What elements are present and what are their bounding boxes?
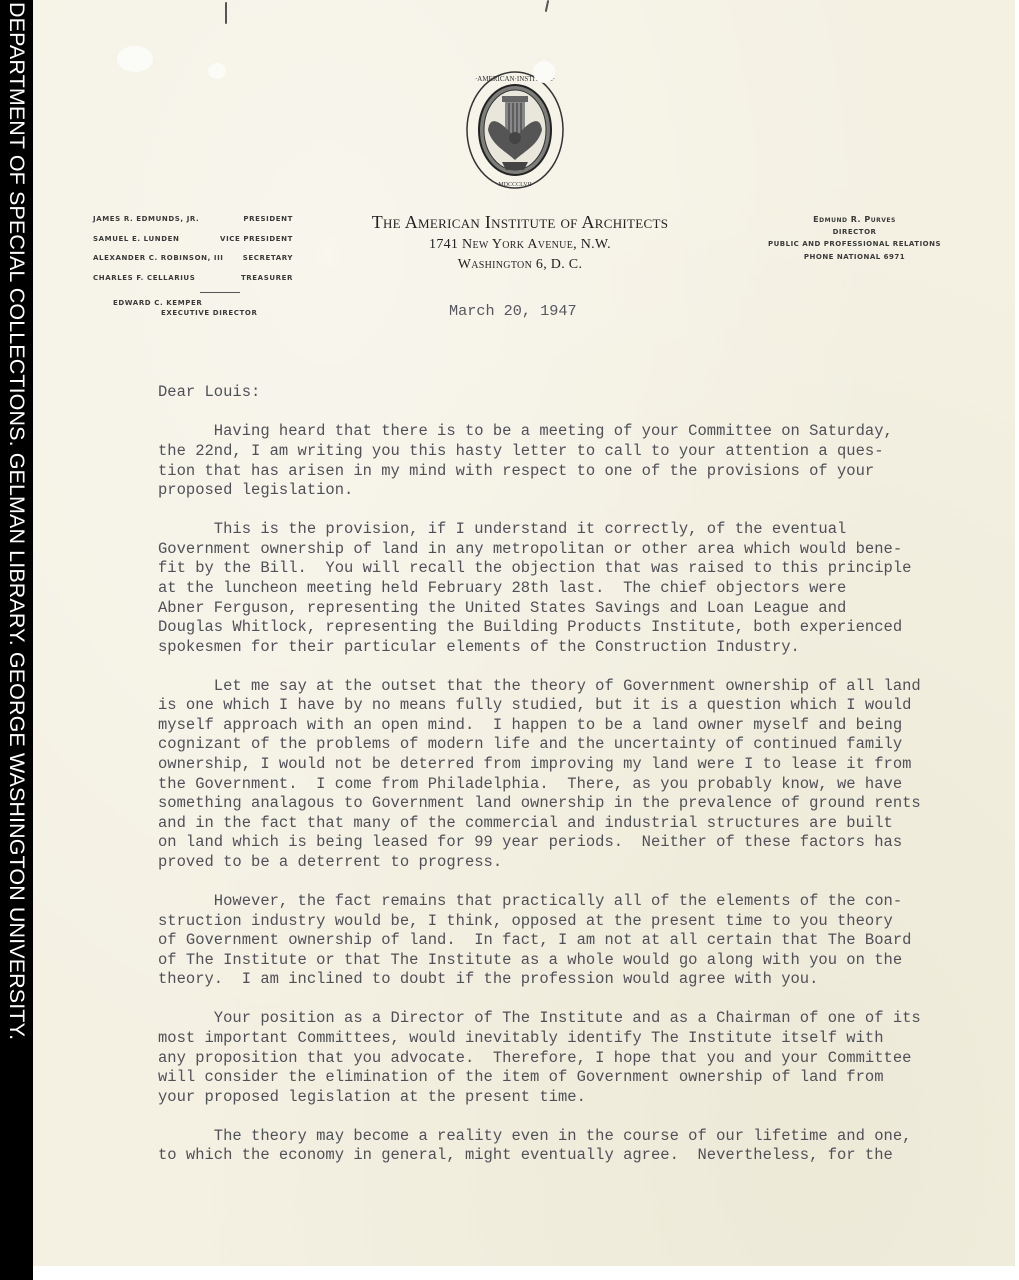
officer-row: SAMUEL E. LUNDEN VICE PRESIDENT — [93, 235, 293, 255]
officer-name: ALEXANDER C. ROBINSON, III — [93, 254, 224, 274]
officer-name: CHARLES F. CELLARIUS — [93, 274, 195, 294]
text-line: However, the fact remains that practical… — [158, 892, 978, 912]
executive-title: EXECUTIVE DIRECTOR — [93, 309, 293, 317]
text-line: of Government ownership of land. In fact… — [158, 931, 978, 951]
text-line: the Government. I come from Philadelphia… — [158, 775, 978, 795]
paragraph: Let me say at the outset that the theory… — [158, 677, 978, 873]
officer-title: PRESIDENT — [243, 215, 293, 235]
paragraphs: Having heard that there is to be a meeti… — [158, 422, 978, 1166]
paragraph: This is the provision, if I understand i… — [158, 520, 978, 657]
archive-stamp-bar: DEPARTMENT OF SPECIAL COLLECTIONS. GELMA… — [0, 0, 33, 1280]
paragraph: The theory may become a reality even in … — [158, 1127, 978, 1166]
text-line: Having heard that there is to be a meeti… — [158, 422, 978, 442]
paragraph: Having heard that there is to be a meeti… — [158, 422, 978, 500]
salutation: Dear Louis: — [158, 383, 978, 403]
pencil-mark — [545, 0, 549, 12]
institution-city: Washington 6, D. C. — [320, 257, 720, 273]
text-line: Government ownership of land in any metr… — [158, 540, 978, 560]
pencil-mark — [225, 2, 227, 24]
text-line: on land which is being leased for 99 yea… — [158, 833, 978, 853]
text-line: myself approach with an open mind. I hap… — [158, 716, 978, 736]
text-line: most important Committees, would inevita… — [158, 1029, 978, 1049]
archive-stamp-text: DEPARTMENT OF SPECIAL COLLECTIONS. GELMA… — [0, 0, 33, 1280]
paragraph: Your position as a Director of The Insti… — [158, 1009, 978, 1107]
officer-title: TREASURER — [241, 274, 293, 294]
text-line: proved to be a deterrent to progress. — [158, 853, 978, 873]
text-line: and in the fact that many of the commerc… — [158, 814, 978, 834]
officer-divider — [200, 292, 240, 293]
director-title: DIRECTOR — [752, 228, 957, 241]
text-line: theory. I am inclined to doubt if the pr… — [158, 970, 978, 990]
officer-title: SECRETARY — [243, 254, 293, 274]
officer-row: CHARLES F. CELLARIUS TREASURER — [93, 274, 293, 294]
svg-text:·MDCCCLVII·: ·MDCCCLVII· — [496, 182, 533, 188]
paper-tear-mark — [208, 63, 226, 79]
text-line: Let me say at the outset that the theory… — [158, 677, 978, 697]
executive-name: EDWARD C. KEMPER — [93, 299, 293, 309]
letter-body: Dear Louis: Having heard that there is t… — [158, 383, 978, 1185]
paper-tear-mark — [117, 46, 153, 72]
institution-header: The American Institute of Architects 174… — [320, 212, 720, 277]
text-line: fit by the Bill. You will recall the obj… — [158, 559, 978, 579]
text-line: the 22nd, I am writing you this hasty le… — [158, 442, 978, 462]
text-line: your proposed legislation at the present… — [158, 1088, 978, 1108]
officer-row: ALEXANDER C. ROBINSON, III SECRETARY — [93, 254, 293, 274]
officers-list: JAMES R. EDMUNDS, JR. PRESIDENT SAMUEL E… — [93, 215, 293, 317]
text-line: cognizant of the problems of modern life… — [158, 735, 978, 755]
text-line: The theory may become a reality even in … — [158, 1127, 978, 1147]
text-line: something analagous to Government land o… — [158, 794, 978, 814]
text-line: Abner Ferguson, representing the United … — [158, 599, 978, 619]
text-line: ownership, I would not be deterred from … — [158, 755, 978, 775]
text-line: at the luncheon meeting held February 28… — [158, 579, 978, 599]
text-line: Your position as a Director of The Insti… — [158, 1009, 978, 1029]
aia-seal-icon: ·AMERICAN·INSTITUTE· ·MDCCCLVII· SEAL·OF… — [440, 60, 590, 210]
text-line: spokesmen for their particular elements … — [158, 638, 978, 658]
officer-name: JAMES R. EDMUNDS, JR. — [93, 215, 199, 235]
text-line: struction industry would be, I think, op… — [158, 912, 978, 932]
director-department: PUBLIC AND PROFESSIONAL RELATIONS — [752, 240, 957, 253]
text-line: Douglas Whitlock, representing the Build… — [158, 618, 978, 638]
text-line: This is the provision, if I understand i… — [158, 520, 978, 540]
text-line: will consider the elimination of the ite… — [158, 1068, 978, 1088]
text-line: any proposition that you advocate. There… — [158, 1049, 978, 1069]
text-line: proposed legislation. — [158, 481, 978, 501]
text-line: is one which I have by no means fully st… — [158, 696, 978, 716]
institution-name: The American Institute of Architects — [320, 212, 720, 233]
officer-row: JAMES R. EDMUNDS, JR. PRESIDENT — [93, 215, 293, 235]
institution-address: 1741 New York Avenue, N.W. — [320, 237, 720, 253]
director-block: Edmund R. Purves DIRECTOR PUBLIC AND PRO… — [752, 215, 957, 265]
director-name: Edmund R. Purves — [752, 215, 957, 228]
text-line: to which the economy in general, might e… — [158, 1146, 978, 1166]
officer-name: SAMUEL E. LUNDEN — [93, 235, 179, 255]
text-line: tion that has arisen in my mind with res… — [158, 462, 978, 482]
paragraph: However, the fact remains that practical… — [158, 892, 978, 990]
text-line: of The Institute or that The Institute a… — [158, 951, 978, 971]
officer-title: VICE PRESIDENT — [220, 235, 293, 255]
director-phone: PHONE NATIONAL 6971 — [752, 253, 957, 266]
letter-date: March 20, 1947 — [449, 302, 577, 320]
